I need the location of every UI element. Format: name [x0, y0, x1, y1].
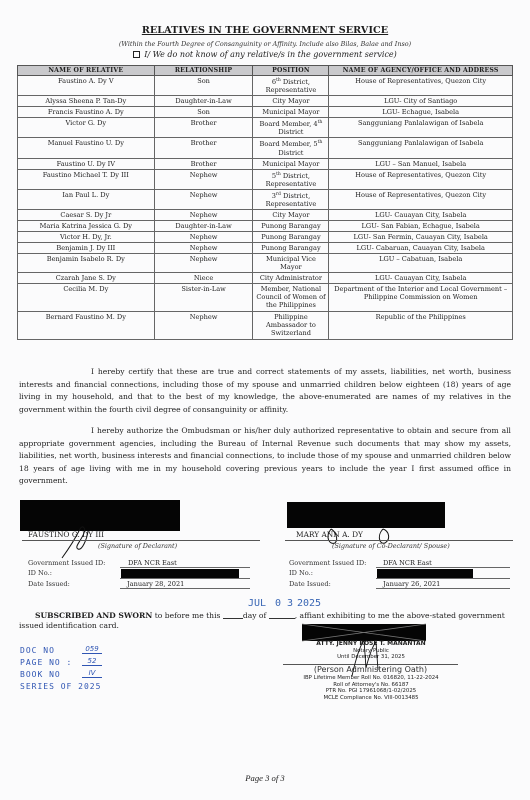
- declarant-id-no-underline: [120, 578, 250, 579]
- redacted-id-number: [121, 569, 239, 578]
- table-row: Benjamin J. Dy IIINephewPunong BarangayL…: [18, 242, 513, 253]
- authorization-text: I hereby authorize the Ombudsman or his/…: [19, 426, 511, 485]
- table-cell-position: City Mayor: [253, 96, 329, 107]
- signature-scribble-icon: [60, 525, 90, 560]
- table-cell-relationship: Nephew: [154, 253, 253, 272]
- section-title: RELATIVES IN THE GOVERNMENT SERVICE: [0, 25, 530, 36]
- declarant-caption: (Signature of Declarant): [98, 542, 177, 550]
- stamp-month: JUL: [248, 598, 266, 609]
- no-relatives-option[interactable]: I/ We do not know of any relative/s in t…: [0, 50, 530, 59]
- co-declarant-date-value: January 26, 2021: [383, 580, 440, 588]
- notary-ptr: PTR No. PGI 17961068/1-02/2025: [286, 688, 456, 695]
- certification-paragraph: I hereby certify that these are true and…: [19, 366, 511, 416]
- table-cell-position: Board Member, 4th District: [253, 118, 329, 138]
- column-header: RELATIONSHIP: [154, 66, 253, 76]
- declarant-id-value: DFA NCR East: [128, 559, 177, 567]
- table-row: Alyssa Sheena P. Tan-DyDaughter-in-LawCi…: [18, 96, 513, 107]
- table-cell-agency: LGU – San Manuel, Isabela: [329, 158, 513, 169]
- table-cell-name: Ian Paul L. Dy: [18, 189, 155, 209]
- table-cell-agency: LGU- San Fabian, Echague, Isabela: [329, 220, 513, 231]
- table-cell-name: Faustino Michael T. Dy III: [18, 169, 155, 189]
- co-declarant-date-underline: [376, 588, 510, 589]
- table-cell-agency: LGU- City of Santiago: [329, 96, 513, 107]
- table-row: Manuel Faustino U. DyBrotherBoard Member…: [18, 138, 513, 158]
- table-cell-agency: LGU- Cauayan City, Isabela: [329, 209, 513, 220]
- table-cell-relationship: Brother: [154, 118, 253, 138]
- table-row: Maria Katrina Jessica G. DyDaughter-in-L…: [18, 220, 513, 231]
- table-cell-agency: Republic of the Philippines: [329, 311, 513, 339]
- table-cell-name: Victor H. Dy, Jr.: [18, 231, 155, 242]
- table-cell-position: Punong Barangay: [253, 242, 329, 253]
- book-no-value: IV: [82, 669, 102, 678]
- table-cell-name: Maria Katrina Jessica G. Dy: [18, 220, 155, 231]
- day-blank: [223, 611, 243, 619]
- co-declarant-date-label: Date Issued:: [289, 580, 331, 588]
- column-header: NAME OF AGENCY/OFFICE AND ADDRESS: [329, 66, 513, 76]
- table-cell-agency: Sangguniang Panlalawigan of Isabela: [329, 138, 513, 158]
- declarant-id-underline: [120, 567, 250, 568]
- redacted-signature: [20, 500, 180, 531]
- co-declarant-id-label: Government Issued ID:: [289, 559, 366, 567]
- jurat-paragraph: SUBSCRIBED AND SWORN to before me this d…: [19, 611, 514, 631]
- co-declarant-id-no-underline: [376, 578, 510, 579]
- table-cell-relationship: Nephew: [154, 311, 253, 339]
- table-cell-relationship: Son: [154, 76, 253, 96]
- table-cell-name: Benjamin Isabelo R. Dy: [18, 253, 155, 272]
- table-row: Faustino A. Dy VSon6th District, Represe…: [18, 76, 513, 96]
- declarant-id-no-label: ID No.:: [28, 569, 52, 577]
- stamp-year: 2025: [297, 598, 321, 609]
- stamp-day: 0 3: [275, 598, 293, 609]
- table-row: Francis Faustino A. DySonMunicipal Mayor…: [18, 107, 513, 118]
- jurat-text: to before me this: [152, 611, 223, 620]
- table-cell-agency: LGU- San Fermin, Cauayan City, Isabela: [329, 231, 513, 242]
- table-cell-agency: LGU- Cabaruan, Cauayan City, Isabela: [329, 242, 513, 253]
- authorization-paragraph: I hereby authorize the Ombudsman or his/…: [19, 425, 511, 488]
- table-cell-name: Victor G. Dy: [18, 118, 155, 138]
- table-cell-name: Manuel Faustino U. Dy: [18, 138, 155, 158]
- table-cell-agency: LGU – Cabatuan, Isabela: [329, 253, 513, 272]
- table-cell-agency: LGU- Echague, Isabela: [329, 107, 513, 118]
- declarant-id-label: Government Issued ID:: [28, 559, 105, 567]
- table-cell-relationship: Niece: [154, 272, 253, 283]
- table-cell-relationship: Nephew: [154, 189, 253, 209]
- series-label: SERIES OF 2025: [20, 682, 101, 691]
- table-cell-relationship: Brother: [154, 138, 253, 158]
- certification-text: I hereby certify that these are true and…: [19, 367, 511, 414]
- redacted-co-signature: [287, 502, 445, 528]
- table-cell-name: Bernard Faustino M. Dy: [18, 311, 155, 339]
- table-cell-name: Faustino A. Dy V: [18, 76, 155, 96]
- table-cell-agency: Sangguniang Panlalawigan of Isabela: [329, 118, 513, 138]
- doc-no-value: 059: [82, 645, 102, 654]
- table-row: Faustino U. Dy IVBrotherMunicipal MayorL…: [18, 158, 513, 169]
- table-row: Victor H. Dy, Jr.NephewPunong BarangayLG…: [18, 231, 513, 242]
- table-cell-position: 6th District, Representative: [253, 76, 329, 96]
- notary-signature-scribble-icon: [348, 638, 388, 678]
- table-cell-agency: House of Representatives, Quezon City: [329, 76, 513, 96]
- table-row: Caesar S. Dy JrNephewCity MayorLGU- Caua…: [18, 209, 513, 220]
- table-cell-agency: LGU- Cauayan City, Isabela: [329, 272, 513, 283]
- table-cell-relationship: Nephew: [154, 209, 253, 220]
- table-cell-name: Cecilia M. Dy: [18, 283, 155, 311]
- table-cell-position: Municipal Mayor: [253, 107, 329, 118]
- checkbox-icon[interactable]: [133, 51, 140, 58]
- page-number: Page 3 of 3: [0, 773, 530, 783]
- table-cell-relationship: Nephew: [154, 169, 253, 189]
- doc-no-label: DOC NO: [20, 646, 55, 655]
- table-cell-name: Alyssa Sheena P. Tan-Dy: [18, 96, 155, 107]
- table-cell-position: 3rd District, Representative: [253, 189, 329, 209]
- table-cell-position: 5th District, Representative: [253, 169, 329, 189]
- jurat-text: day of: [243, 611, 269, 620]
- table-row: Bernard Faustino M. DyNephewPhilippine A…: [18, 311, 513, 339]
- jurat-bold: SUBSCRIBED AND SWORN: [35, 611, 152, 620]
- notary-mcle: MCLE Compliance No. VIII-0013485: [286, 695, 456, 702]
- table-cell-position: City Administrator: [253, 272, 329, 283]
- redacted-co-id-number: [377, 569, 473, 578]
- book-no-label: BOOK NO: [20, 670, 61, 679]
- table-cell-name: Faustino U. Dy IV: [18, 158, 155, 169]
- table-cell-name: Caesar S. Dy Jr: [18, 209, 155, 220]
- table-cell-relationship: Daughter-in-Law: [154, 96, 253, 107]
- table-cell-position: Punong Barangay: [253, 231, 329, 242]
- table-cell-agency: House of Representatives, Quezon City: [329, 169, 513, 189]
- table-row: Czarah Jane S. DyNieceCity Administrator…: [18, 272, 513, 283]
- co-declarant-id-underline: [376, 567, 510, 568]
- table-cell-relationship: Brother: [154, 158, 253, 169]
- co-declarant-signature-line: [285, 540, 513, 541]
- co-declarant-caption: (Signature of Co-Declarant/ Spouse): [332, 542, 450, 550]
- declarant-date-value: January 28, 2021: [127, 580, 184, 588]
- table-row: Ian Paul L. DyNephew3rd District, Repres…: [18, 189, 513, 209]
- table-row: Cecilia M. DySister-in-LawMember, Nation…: [18, 283, 513, 311]
- table-cell-relationship: Sister-in-Law: [154, 283, 253, 311]
- column-header: NAME OF RELATIVE: [18, 66, 155, 76]
- page-no-label: PAGE NO :: [20, 658, 72, 667]
- declarant-date-label: Date Issued:: [28, 580, 70, 588]
- table-cell-agency: Department of the Interior and Local Gov…: [329, 283, 513, 311]
- declarant-signature-line: [22, 540, 260, 541]
- table-cell-relationship: Nephew: [154, 242, 253, 253]
- table-cell-position: City Mayor: [253, 209, 329, 220]
- section-subtitle: (Within the Fourth Degree of Consanguini…: [0, 40, 530, 48]
- checkbox-label: I/ We do not know of any relative/s in t…: [144, 50, 397, 59]
- table-cell-name: Czarah Jane S. Dy: [18, 272, 155, 283]
- co-declarant-id-value: DFA NCR East: [383, 559, 432, 567]
- relatives-table-body: Faustino A. Dy VSon6th District, Represe…: [18, 76, 513, 340]
- notary-roll: Roll of Attorney's No. 66187: [286, 682, 456, 689]
- table-cell-name: Francis Faustino A. Dy: [18, 107, 155, 118]
- table-row: Victor G. DyBrotherBoard Member, 4th Dis…: [18, 118, 513, 138]
- table-cell-relationship: Son: [154, 107, 253, 118]
- co-declarant-id-no-label: ID No.:: [289, 569, 313, 577]
- notary-details: IBP Lifetime Member Roll No. 016820, 11-…: [286, 675, 456, 701]
- table-cell-name: Benjamin J. Dy III: [18, 242, 155, 253]
- table-cell-position: Municipal Mayor: [253, 158, 329, 169]
- table-cell-position: Punong Barangay: [253, 220, 329, 231]
- table-cell-position: Philippine Ambassador to Switzerland: [253, 311, 329, 339]
- table-cell-relationship: Nephew: [154, 231, 253, 242]
- relatives-table: NAME OF RELATIVE RELATIONSHIP POSITION N…: [17, 65, 513, 340]
- table-row: Faustino Michael T. Dy IIINephew5th Dist…: [18, 169, 513, 189]
- table-cell-position: Board Member, 5th District: [253, 138, 329, 158]
- table-cell-relationship: Daughter-in-Law: [154, 220, 253, 231]
- table-cell-position: Municipal Vice Mayor: [253, 253, 329, 272]
- table-cell-agency: House of Representatives, Quezon City: [329, 189, 513, 209]
- declarant-date-underline: [120, 588, 250, 589]
- page-no-value: 52: [82, 657, 102, 666]
- table-row: Benjamin Isabelo R. DyNephewMunicipal Vi…: [18, 253, 513, 272]
- column-header: POSITION: [253, 66, 329, 76]
- month-blank: [269, 611, 295, 619]
- table-cell-position: Member, National Council of Women of the…: [253, 283, 329, 311]
